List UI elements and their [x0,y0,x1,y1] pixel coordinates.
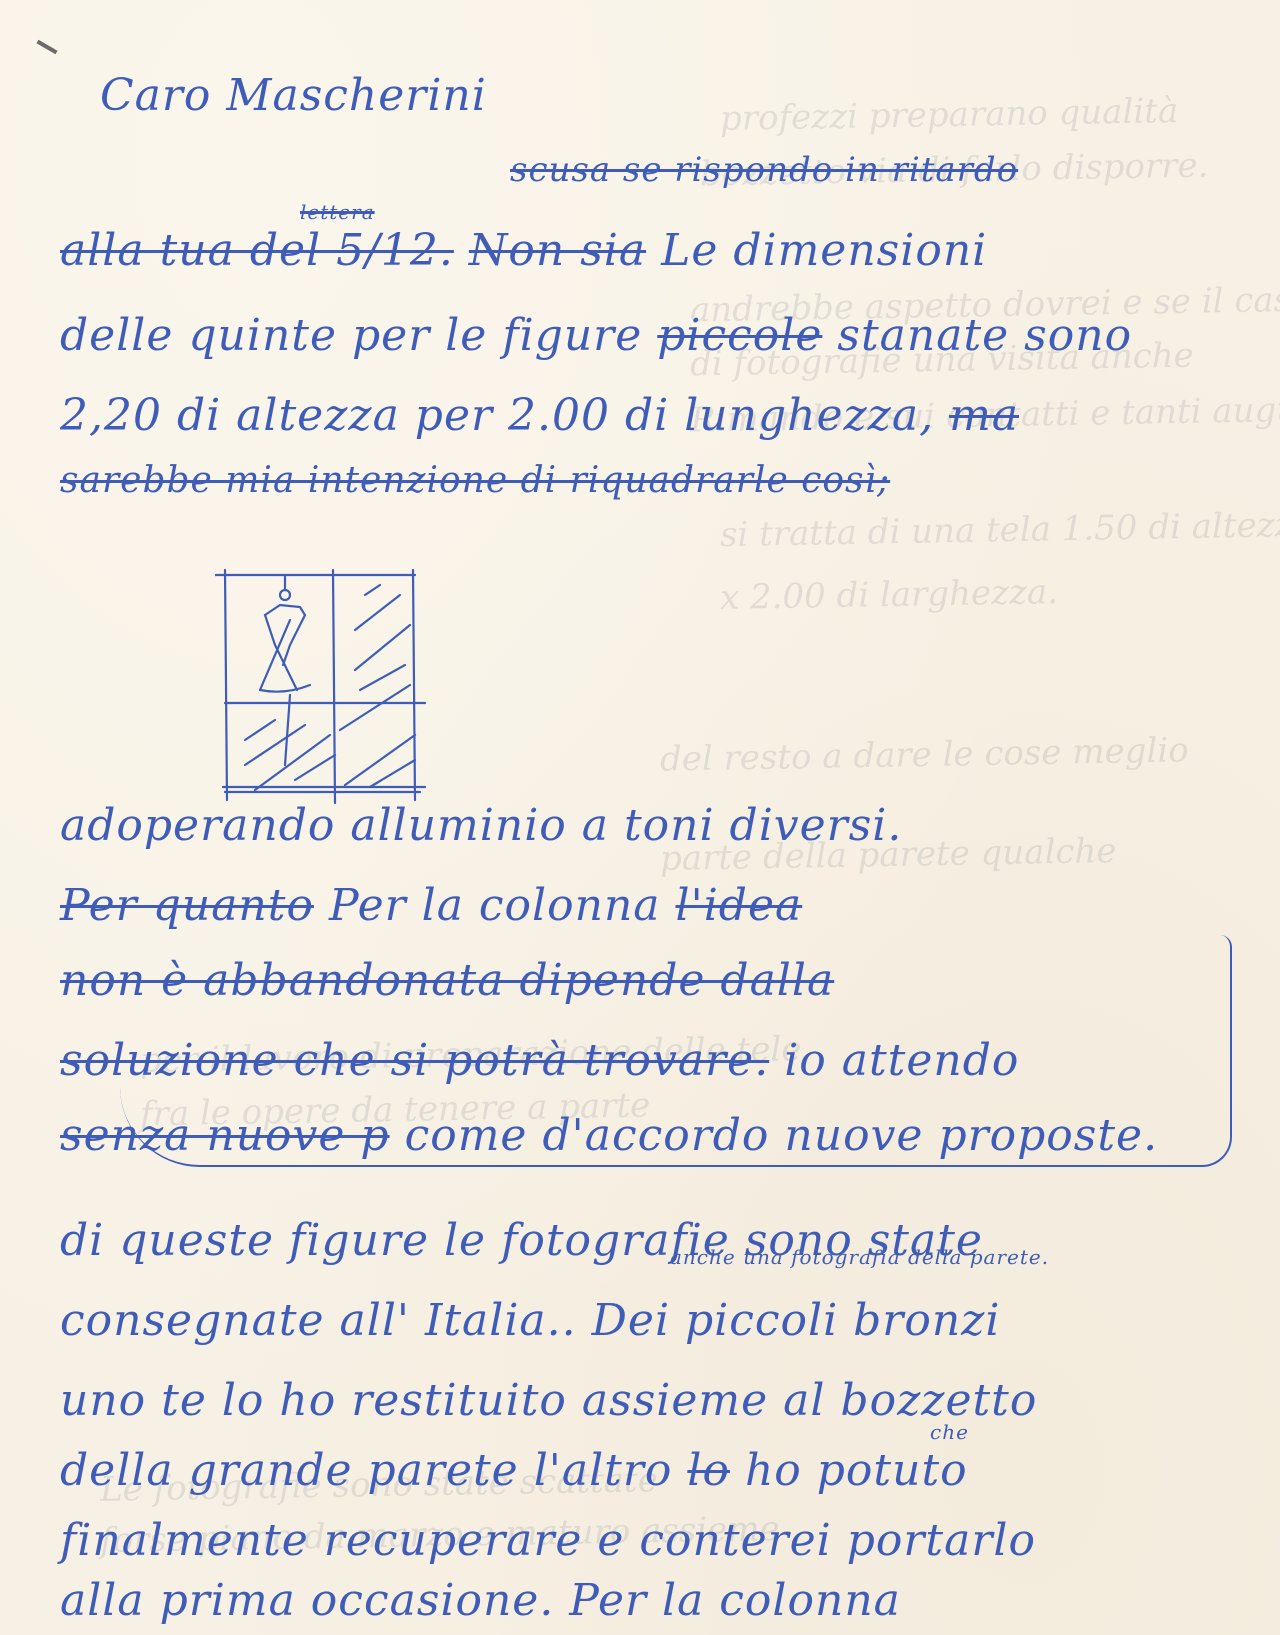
struck-line: scusa se rispondo in ritardo [510,150,1018,190]
bleed-through-text: del resto a dare le cose meglio [660,730,1189,779]
margin-bracket [120,935,1232,1167]
panel-sketch [215,565,435,810]
struck-phrase: alla tua del 5/12. [60,225,454,276]
struck-word: lettera [300,200,375,224]
line: alla tua del 5/12. Non sia Le dimensioni [60,225,987,276]
text-phrase: ho potuto [745,1445,968,1496]
line: consegnate all' Italia.. Dei piccoli bro… [60,1295,1000,1346]
line: alla prima occasione. Per la colonna [60,1575,901,1626]
bleed-through-text: profezzi preparano qualità [720,91,1179,139]
struck-word: lo [687,1445,730,1496]
text-phrase: stanate sono [837,310,1132,361]
line: adoperando alluminio a toni diversi. [60,800,902,851]
struck-phrase: Per quanto [60,880,314,931]
struck-word: piccole [657,310,822,361]
text-phrase: della grande parete l'altro [60,1445,672,1496]
text-phrase: Per la colonna [329,880,661,931]
line: uno te lo ho restituito assieme al bozze… [60,1375,1037,1426]
line: finalmente recuperare e conterei portarl… [60,1515,1036,1566]
bleed-through-text: x 2.00 di larghezza. [720,572,1059,618]
insertion-note: anche una fotografia della parete. [670,1245,1049,1269]
line: delle quinte per le figure piccole stana… [60,310,1132,361]
dimensions-text: 2,20 di altezza per 2.00 di lunghezza, [60,390,934,441]
struck-phrase: Non sia [469,225,646,276]
struck-word: l'idea [676,880,803,931]
line: della grande parete l'altro lo ho potuto [60,1445,968,1496]
letter-page: profezzi preparano qualità bozzetto via … [0,0,1280,1635]
salutation: Caro Mascherini [100,70,487,121]
insertion-note: che [930,1420,969,1444]
struck-word: ma [949,390,1019,441]
staple-mark [36,40,57,54]
text-phrase: delle quinte per le figure [60,310,642,361]
line: 2,20 di altezza per 2.00 di lunghezza, m… [60,390,1019,441]
text-phrase: Le dimensioni [661,225,987,276]
line: Per quanto Per la colonna l'idea [60,880,802,931]
bleed-through-text: si tratta di una tela 1.50 di altezza [720,505,1280,555]
struck-line: sarebbe mia intenzione di riquadrarle co… [60,460,890,501]
